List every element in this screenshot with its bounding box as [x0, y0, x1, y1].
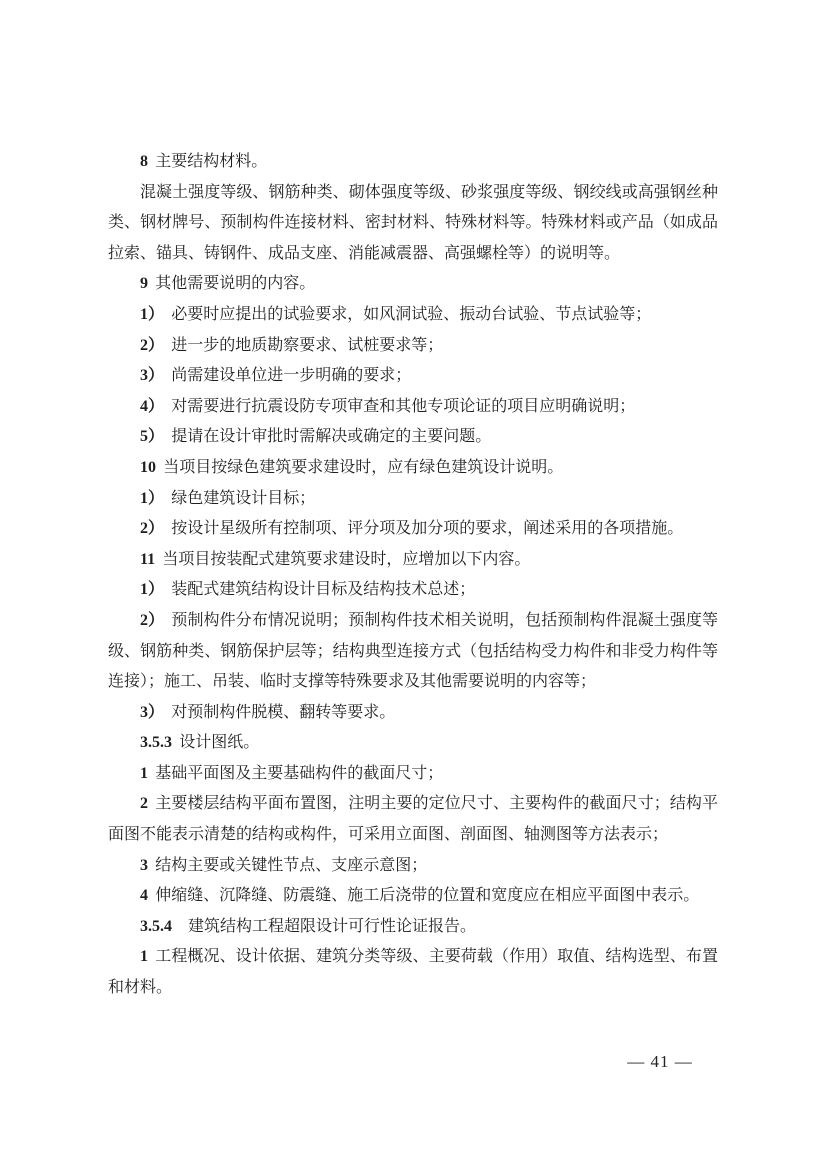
- clause-text: 当项目按绿色建筑要求建设时，应有绿色建筑设计说明。: [163, 459, 563, 476]
- clause-number: 3.5.4: [140, 918, 172, 935]
- clause-text: 提请在设计审批时需解决或确定的主要问题。: [171, 428, 491, 445]
- clause-text: 绿色建筑设计目标；: [171, 490, 315, 507]
- clause-text: 进一步的地质勘察要求、试桩要求等；: [171, 337, 443, 354]
- paragraph: 2）预制构件分布情况说明；预制构件技术相关说明，包括预制构件混凝土强度等级、钢筋…: [108, 606, 718, 698]
- clause-number: 1）: [140, 581, 164, 598]
- clause-number: 2）: [140, 520, 164, 537]
- clause-number: 3）: [140, 367, 164, 384]
- paragraph: 2主要楼层结构平面布置图，注明主要的定位尺寸、主要构件的截面尺寸；结构平面图不能…: [108, 789, 718, 850]
- paragraph: 4伸缩缝、沉降缝、防震缝、施工后浇带的位置和宽度应在相应平面图中表示。: [108, 881, 718, 912]
- clause-number: 5）: [140, 428, 164, 445]
- clause-number: 2: [140, 795, 148, 812]
- paragraph: 4）对需要进行抗震设防专项审查和其他专项论证的项目应明确说明；: [108, 392, 718, 423]
- clause-text: 设计图纸。: [179, 734, 259, 751]
- clause-number: 9: [140, 275, 148, 292]
- paragraph: 3）对预制构件脱模、翻转等要求。: [108, 698, 718, 729]
- paragraph: 1）必要时应提出的试验要求，如风洞试验、振动台试验、节点试验等；: [108, 300, 718, 331]
- clause-text: 基础平面图及主要基础构件的截面尺寸；: [155, 765, 443, 782]
- clause-text: 其他需要说明的内容。: [155, 275, 315, 292]
- clause-text: 建筑结构工程超限设计可行性论证报告。: [188, 918, 476, 935]
- clause-number: 2）: [140, 337, 164, 354]
- clause-text: 主要楼层结构平面布置图，注明主要的定位尺寸、主要构件的截面尺寸；结构平面图不能表…: [108, 795, 718, 843]
- clause-text: 按设计星级所有控制项、评分项及加分项的要求，阐述采用的各项措施。: [171, 520, 683, 537]
- paragraph: 1工程概况、设计依据、建筑分类等级、主要荷载（作用）取值、结构选型、布置和材料。: [108, 942, 718, 1003]
- clause-number: 1）: [140, 306, 164, 323]
- document-page: 8主要结构材料。混凝土强度等级、钢筋种类、砌体强度等级、砂浆强度等级、钢绞线或高…: [0, 0, 827, 1169]
- clause-number: 3）: [140, 704, 164, 721]
- clause-text: 主要结构材料。: [155, 153, 267, 170]
- paragraph: 2）进一步的地质勘察要求、试桩要求等；: [108, 331, 718, 362]
- clause-number: 3: [140, 857, 148, 874]
- paragraph: 2）按设计星级所有控制项、评分项及加分项的要求，阐述采用的各项措施。: [108, 514, 718, 545]
- clause-text: 对预制构件脱模、翻转等要求。: [171, 704, 395, 721]
- clause-text: 伸缩缝、沉降缝、防震缝、施工后浇带的位置和宽度应在相应平面图中表示。: [155, 887, 699, 904]
- paragraph: 混凝土强度等级、钢筋种类、砌体强度等级、砂浆强度等级、钢绞线或高强钢丝种类、钢材…: [108, 178, 718, 270]
- clause-text: 必要时应提出的试验要求，如风洞试验、振动台试验、节点试验等；: [171, 306, 651, 323]
- clause-text: 当项目按装配式建筑要求建设时，应增加以下内容。: [162, 551, 530, 568]
- clause-number: 4: [140, 887, 148, 904]
- page-number: — 41 —: [600, 1050, 720, 1074]
- clause-number: 1: [140, 948, 148, 965]
- clause-number: 2）: [140, 612, 164, 629]
- paragraph: 1）装配式建筑结构设计目标及结构技术总述；: [108, 575, 718, 606]
- clause-number: 1）: [140, 490, 164, 507]
- clause-number: 1: [140, 765, 148, 782]
- clause-number: 10: [140, 459, 156, 476]
- paragraph: 8主要结构材料。: [108, 147, 718, 178]
- clause-text: 尚需建设单位进一步明确的要求；: [171, 367, 411, 384]
- paragraph: 1）绿色建筑设计目标；: [108, 484, 718, 515]
- clause-number: 4）: [140, 398, 164, 415]
- clause-number: 11: [140, 551, 155, 568]
- paragraph: 11当项目按装配式建筑要求建设时，应增加以下内容。: [108, 545, 718, 576]
- clause-text: 混凝土强度等级、钢筋种类、砌体强度等级、砂浆强度等级、钢绞线或高强钢丝种类、钢材…: [108, 184, 718, 262]
- paragraph: 3结构主要或关键性节点、支座示意图；: [108, 851, 718, 882]
- clause-text: 对需要进行抗震设防专项审查和其他专项论证的项目应明确说明；: [171, 398, 635, 415]
- clause-text: 结构主要或关键性节点、支座示意图；: [155, 857, 427, 874]
- clause-number: 3.5.3: [140, 734, 172, 751]
- clause-text: 装配式建筑结构设计目标及结构技术总述；: [171, 581, 475, 598]
- document-body: 8主要结构材料。混凝土强度等级、钢筋种类、砌体强度等级、砂浆强度等级、钢绞线或高…: [108, 147, 718, 1004]
- paragraph: 10当项目按绿色建筑要求建设时，应有绿色建筑设计说明。: [108, 453, 718, 484]
- paragraph: 3）尚需建设单位进一步明确的要求；: [108, 361, 718, 392]
- paragraph: 3.5.4建筑结构工程超限设计可行性论证报告。: [108, 912, 718, 943]
- paragraph: 5）提请在设计审批时需解决或确定的主要问题。: [108, 422, 718, 453]
- paragraph: 3.5.3设计图纸。: [108, 728, 718, 759]
- clause-text: 预制构件分布情况说明；预制构件技术相关说明，包括预制构件混凝土强度等级、钢筋种类…: [108, 612, 718, 690]
- paragraph: 9其他需要说明的内容。: [108, 269, 718, 300]
- clause-number: 8: [140, 153, 148, 170]
- clause-text: 工程概况、设计依据、建筑分类等级、主要荷载（作用）取值、结构选型、布置和材料。: [108, 948, 718, 996]
- paragraph: 1基础平面图及主要基础构件的截面尺寸；: [108, 759, 718, 790]
